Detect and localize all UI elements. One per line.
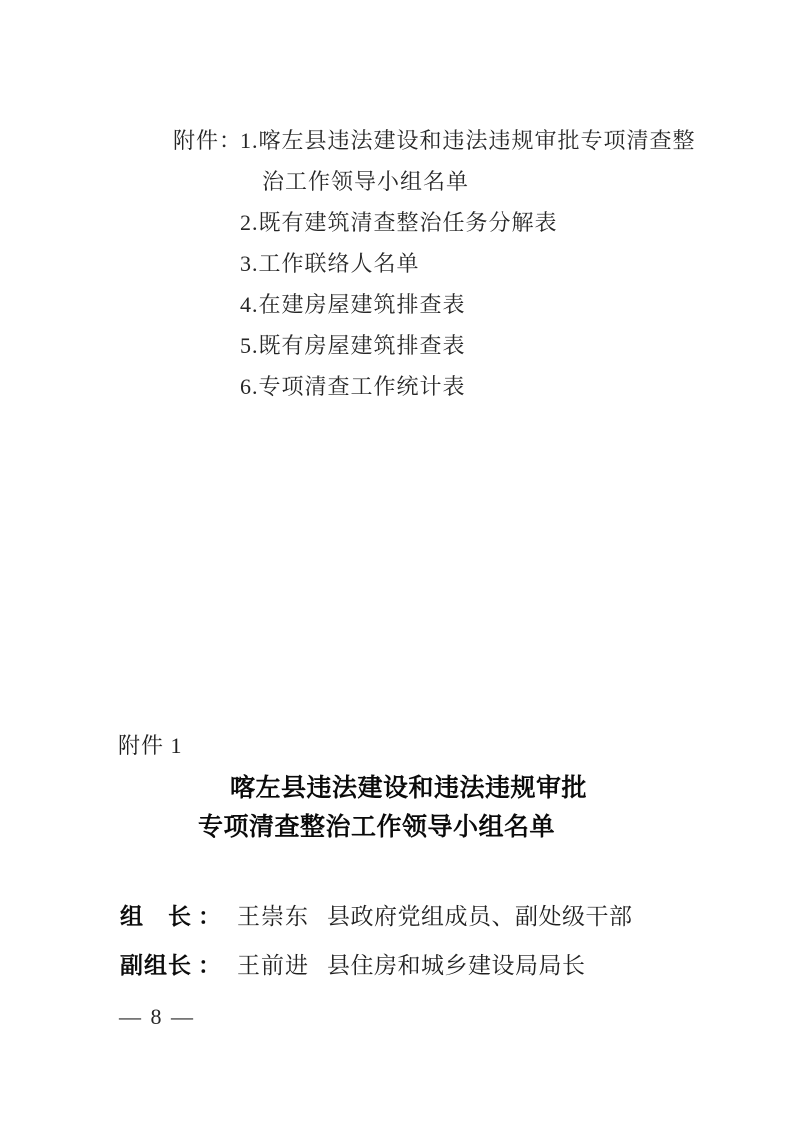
attachment-item-2: 2.既有建筑清查整治任务分解表 [173,202,696,243]
role-colon: ： [198,903,221,929]
section-label: 附件 1 [118,729,183,760]
person-title-deputy: 县住房和城乡建设局局长 [327,953,586,978]
attachment-list: 附件：1.喀左县违法建设和违法违规审批专项清查整 治工作领导小组名单 2.既有建… [173,120,696,407]
role-label-deputy: 副组长 [120,952,192,978]
document-page: 附件：1.喀左县违法建设和违法违规审批专项清查整 治工作领导小组名单 2.既有建… [0,0,800,1130]
roster-row-leader: 组 长：王崇东县政府党组成员、副处级干部 [120,898,633,931]
attachment-item-5: 5.既有房屋建筑排查表 [173,325,696,366]
roster-row-deputy: 副组长：王前进县住房和城乡建设局局长 [120,947,586,980]
person-name-deputy: 王前进 [237,953,309,978]
attachment-item-6: 6.专项清查工作统计表 [173,366,696,407]
attachment-item-1-line-2: 治工作领导小组名单 [173,161,696,202]
person-name-leader: 王崇东 [237,904,309,929]
page-number: — 8 — [119,1004,195,1030]
attachment-item-1-line-1: 1.喀左县违法建设和违法违规审批专项清查整 [240,128,696,153]
role-label-leader: 组 长 [120,903,192,929]
attachment-item-4: 4.在建房屋建筑排查表 [173,284,696,325]
attachment-item-3: 3.工作联络人名单 [173,243,696,284]
document-title-line-2: 专项清查整治工作领导小组名单 [198,807,555,843]
document-title-line-1: 喀左县违法建设和违法违规审批 [230,768,587,804]
attachment-label: 附件： [173,120,240,161]
person-title-leader: 县政府党组成员、副处级干部 [327,904,633,929]
attachment-line-1: 附件：1.喀左县违法建设和违法违规审批专项清查整 [173,120,696,161]
role-colon: ： [198,952,221,978]
